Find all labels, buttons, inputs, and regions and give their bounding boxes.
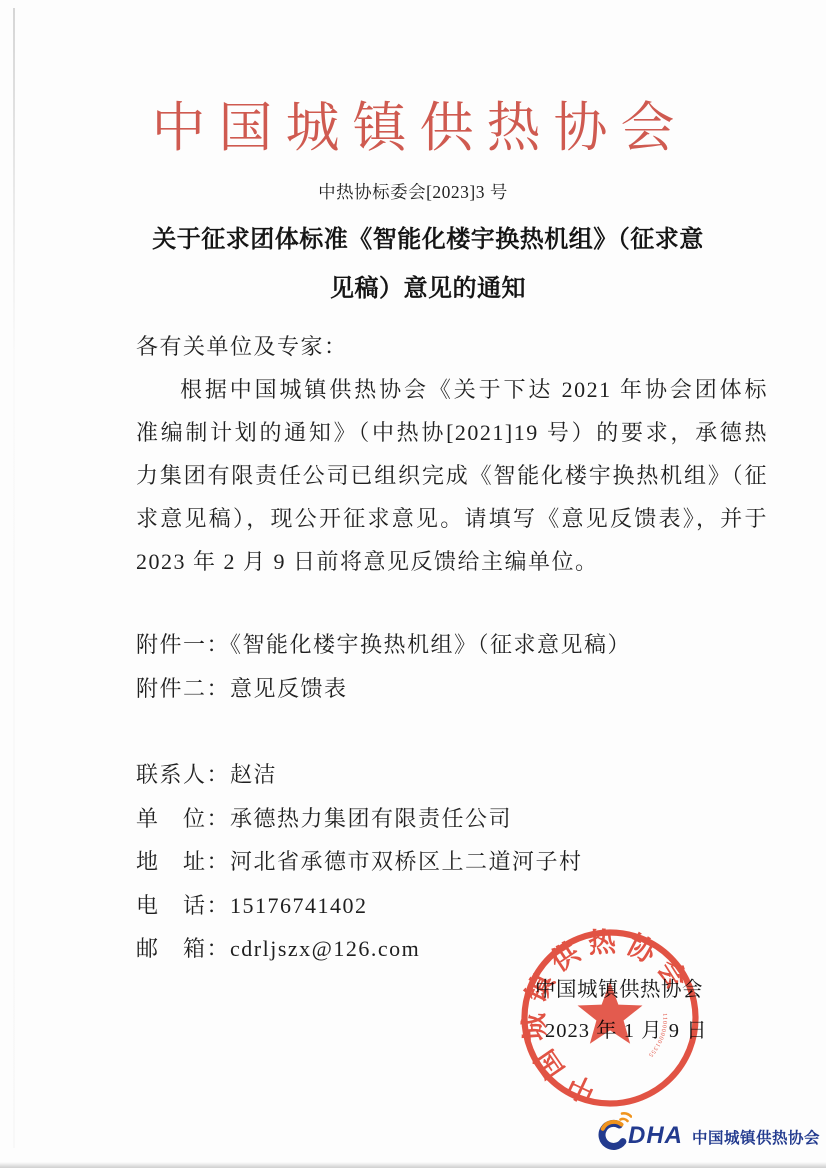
paragraph-line: 根据中国城镇供热协会《关于下达 2021 年协会团体标 [136,368,768,411]
notice-title-line-1: 关于征求团体标准《智能化楼宇换热机组》（征求意 [90,216,766,265]
contact-row-email: 邮 箱：cdrljszx@126.com [136,927,768,971]
attachment-line: 附件二：意见反馈表 [136,667,768,711]
contact-value: 赵洁 [230,762,277,787]
org-title: 中国城镇供热协会 [0,93,826,163]
contact-value: 15176741402 [230,893,368,918]
salutation: 各有关单位及专家： [136,325,768,368]
contact-value: 河北省承德市双桥区上二道河子村 [230,849,583,874]
notice-title-line-2: 见稿）意见的通知 [90,265,766,314]
contact-row-company: 单 位：承德热力集团有限责任公司 [136,797,768,841]
contact-label: 电 话： [136,893,230,918]
notice-title: 关于征求团体标准《智能化楼宇换热机组》（征求意 见稿）意见的通知 [90,216,766,314]
scan-edge-bottom-line [0,1162,826,1168]
contact-row-phone: 电 话：15176741402 [136,884,768,928]
scan-edge-left-line [13,8,15,1148]
attachments-block: 附件一：《智能化楼宇换热机组》（征求意见稿） 附件二：意见反馈表 [136,623,768,711]
body-block: 各有关单位及专家： 根据中国城镇供热协会《关于下达 2021 年协会团体标 准编… [136,325,768,583]
attachment-line: 附件一：《智能化楼宇换热机组》（征求意见稿） [136,623,768,667]
contact-value: 承德热力集团有限责任公司 [230,806,512,831]
signature-date: 2023 年 1 月 9 日 [545,1016,708,1046]
footer-logo: DHA 中国城镇供热协会 [596,1108,820,1154]
paragraph-line: 准编制计划的通知》（中热协[2021]19 号）的要求，承德热 [136,411,768,454]
contact-row-person: 联系人：赵洁 [136,753,768,797]
doc-number: 中热协标委会[2023]3 号 [0,179,826,205]
logo-name: 中国城镇供热协会 [692,1126,820,1148]
paragraph-line: 求意见稿），现公开征求意见。请填写《意见反馈表》，并于 [136,497,768,540]
logo-mark-icon [596,1108,632,1154]
contact-label: 单 位： [136,806,230,831]
paragraph-line: 2023 年 2 月 9 日前将意见反馈给主编单位。 [136,540,768,583]
contact-row-address: 地 址：河北省承德市双桥区上二道河子村 [136,840,768,884]
contact-label: 联系人： [136,762,230,787]
paragraph-line: 力集团有限责任公司已组织完成《智能化楼宇换热机组》（征 [136,454,768,497]
signature-org: 中国城镇供热协会 [535,975,703,1005]
contact-value: cdrljszx@126.com [230,936,420,961]
contact-label: 地 址： [136,849,230,874]
scanned-notice-page: 中国城镇供热协会 中热协标委会[2023]3 号 关于征求团体标准《智能化楼宇换… [0,0,826,1168]
logo-acronym: DHA [628,1122,683,1150]
contact-label: 邮 箱： [136,936,230,961]
contacts-block: 联系人：赵洁 单 位：承德热力集团有限责任公司 地 址：河北省承德市双桥区上二道… [136,753,768,971]
